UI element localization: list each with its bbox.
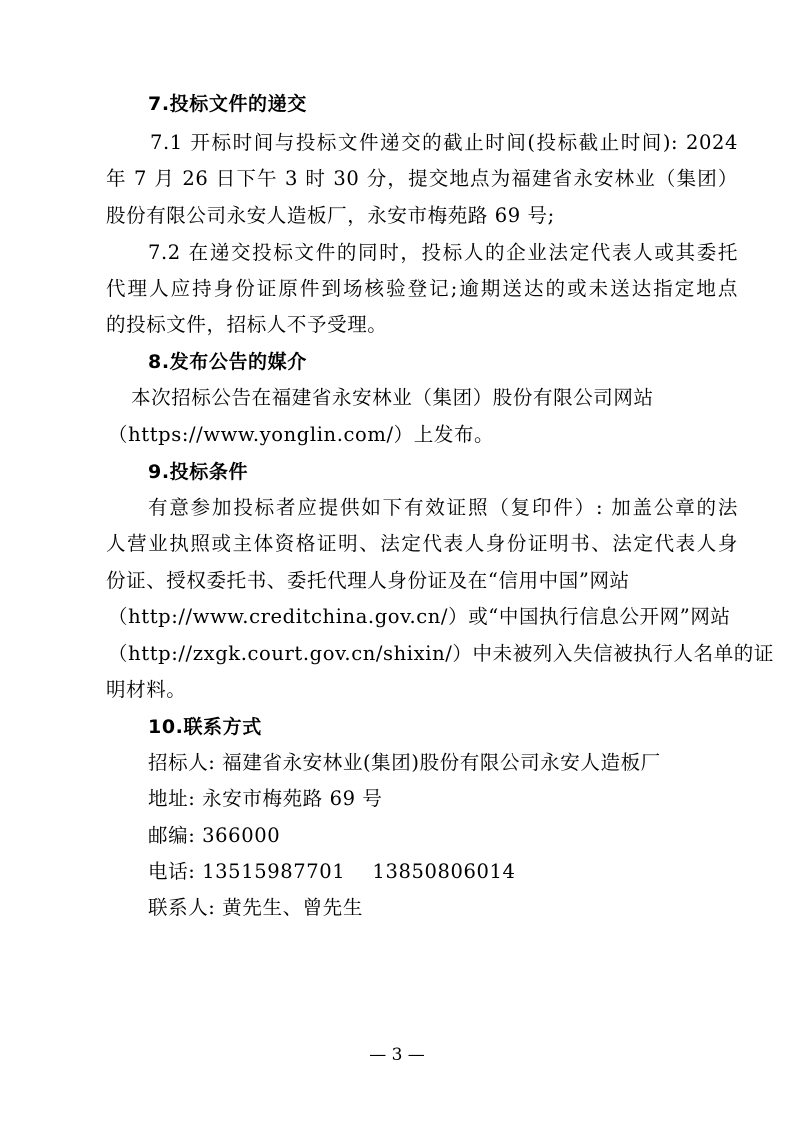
section-7-line-1: 7.1 开标时间与投标文件递交的截止时间(投标截止时间): 2024	[150, 131, 738, 155]
section-8-line-2: （https://www.yonglin.com/）上发布。	[108, 423, 740, 447]
section-9-line-4: （http://www.creditchina.gov.cn/）或“中国执行信息…	[108, 605, 740, 629]
section-7-line-6: 的投标文件，招标人不予受理。	[106, 313, 738, 337]
page-number: — 3 —	[0, 1045, 794, 1065]
contact-tenderer: 招标人: 福建省永安林业(集团)股份有限公司永安人造板厂	[148, 751, 780, 775]
section-9-line-3: 份证、授权委托书、委托代理人身份证及在“信用中国”网站	[106, 569, 738, 593]
contact-phone: 电话: 13515987701 13850806014	[148, 860, 780, 884]
contact-postcode: 邮编: 366000	[148, 824, 780, 848]
section-7-line-3: 股份有限公司永安人造板厂，永安市梅苑路 69 号;	[106, 204, 738, 228]
section-7-line-2: 年 7 月 26 日下午 3 时 30 分，提交地点为福建省永安林业（集团）	[106, 167, 738, 191]
contact-address: 地址: 永安市梅苑路 69 号	[148, 787, 780, 811]
section-9-line-5: （http://zxgk.court.gov.cn/shixin/）中未被列入失…	[108, 642, 738, 666]
section-8-heading: 8.发布公告的媒介	[148, 350, 780, 374]
section-7-line-5: 代理人应持身份证原件到场核验登记;逾期送达的或未送达指定地点	[106, 277, 738, 301]
section-10-heading: 10.联系方式	[148, 715, 780, 739]
section-9-line-6: 明材料。	[106, 678, 738, 702]
section-8-line-1: 本次招标公告在福建省永安林业（集团）股份有限公司网站	[131, 386, 763, 410]
section-9-line-2: 人营业执照或主体资格证明、法定代表人身份证明书、法定代表人身	[106, 532, 738, 556]
section-9-line-1: 有意参加投标者应提供如下有效证照（复印件）: 加盖公章的法	[148, 496, 738, 520]
section-9-heading: 9.投标条件	[148, 460, 780, 484]
section-7-heading: 7.投标文件的递交	[148, 92, 780, 116]
document-page: 7.投标文件的递交 7.1 开标时间与投标文件递交的截止时间(投标截止时间): …	[0, 0, 794, 1123]
section-7-line-4: 7.2 在递交投标文件的同时，投标人的企业法定代表人或其委托	[148, 241, 738, 265]
contact-person: 联系人: 黄先生、曾先生	[148, 896, 780, 920]
